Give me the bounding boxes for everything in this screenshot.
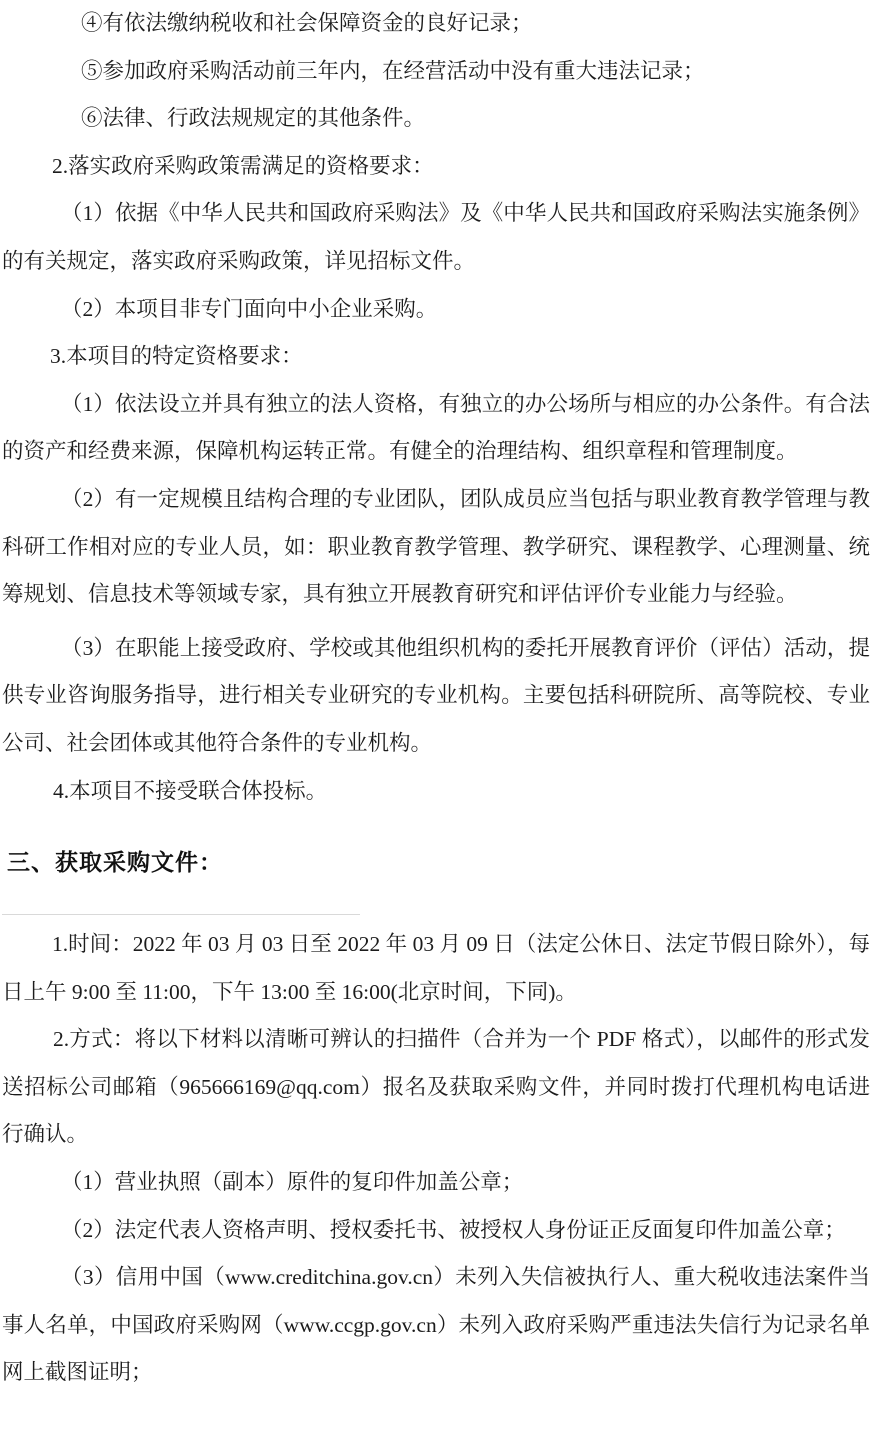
paragraph: 4.本项目不接受联合体投标。 — [2, 768, 870, 816]
paragraph: ⑤参加政府采购活动前三年内，在经营活动中没有重大违法记录； — [2, 48, 870, 96]
paragraph: （2）本项目非专门面向中小企业采购。 — [2, 286, 870, 334]
section-divider — [2, 914, 360, 915]
paragraph: ④有依法缴纳税收和社会保障资金的良好记录； — [2, 0, 870, 48]
paragraph: （1）营业执照（副本）原件的复印件加盖公章； — [2, 1159, 870, 1207]
paragraph: 2.方式：将以下材料以清晰可辨认的扫描件（合并为一个 PDF 格式），以邮件的形… — [2, 1016, 870, 1159]
paragraph: （2）有一定规模且结构合理的专业团队，团队成员应当包括与职业教育教学管理与教科研… — [2, 476, 870, 619]
section-heading-obtain-documents: 三、获取采购文件： — [7, 838, 870, 886]
paragraph: 3.本项目的特定资格要求： — [2, 333, 870, 381]
paragraph: 1.时间：2022 年 03 月 03 日至 2022 年 03 月 09 日（… — [2, 921, 870, 1016]
paragraph: ⑥法律、行政法规规定的其他条件。 — [2, 95, 870, 143]
paragraph: （2）法定代表人资格声明、授权委托书、被授权人身份证正反面复印件加盖公章； — [2, 1207, 870, 1255]
procurement-notice-page: ④有依法缴纳税收和社会保障资金的良好记录；⑤参加政府采购活动前三年内，在经营活动… — [0, 0, 880, 1437]
paragraph: （1）依据《中华人民共和国政府采购法》及《中华人民共和国政府采购法实施条例》的有… — [2, 190, 870, 285]
paragraph: 2.落实政府采购政策需满足的资格要求： — [2, 143, 870, 191]
paragraph: （3）信用中国（www.creditchina.gov.cn）未列入失信被执行人… — [2, 1254, 870, 1397]
paragraph: （1）依法设立并具有独立的法人资格，有独立的办公场所与相应的办公条件。有合法的资… — [2, 381, 870, 476]
paragraph: （3）在职能上接受政府、学校或其他组织机构的委托开展教育评价（评估）活动，提供专… — [2, 625, 870, 768]
